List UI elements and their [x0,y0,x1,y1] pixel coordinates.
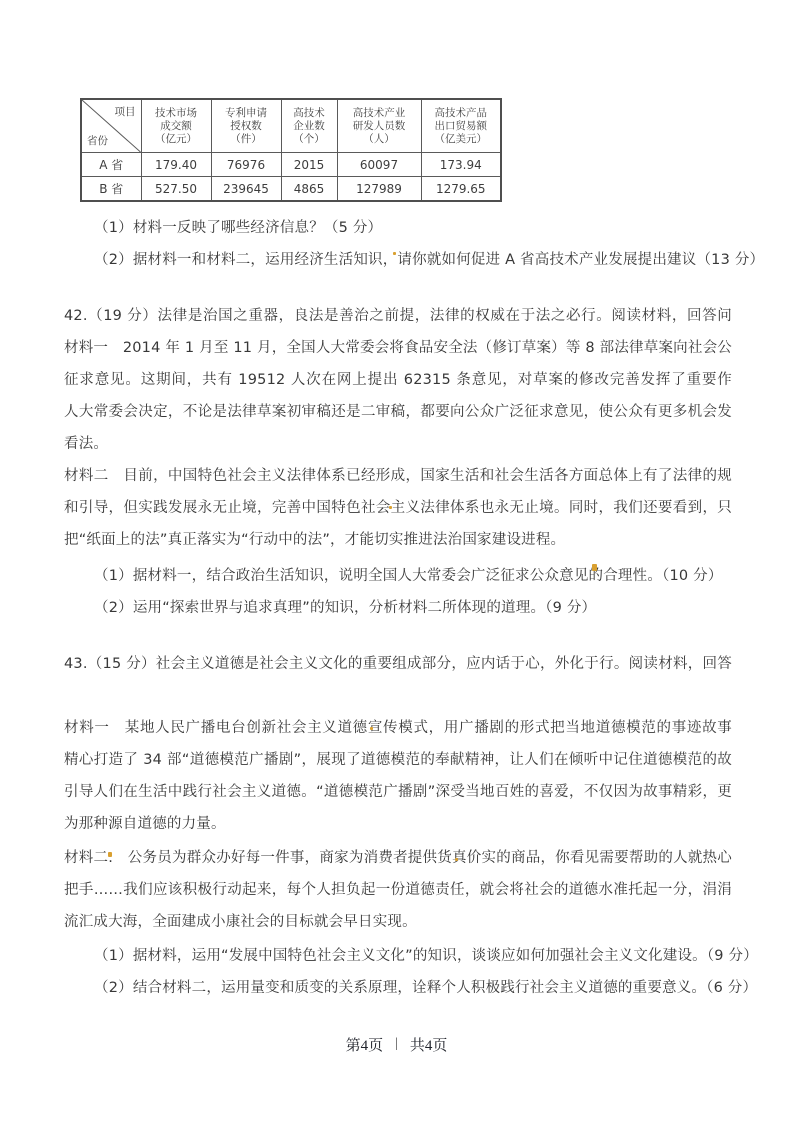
column-header: 高技术 企业数 （个） [281,99,337,153]
q42-intro: 42.（19 分）法律是治国之重器，良法是善治之前提，法律的权威在于法之必行。阅… [64,300,732,332]
question-43: 43.（15 分）社会主义道德是社会主义文化的重要组成部分，应内话于心，外化于行… [64,648,732,1004]
table-cell: 2015 [281,153,337,177]
q41-subquestion-2: （2）据材料一和材料二，运用经济生活知识，请你就如何促进 A 省高技术产业发展提… [64,244,732,276]
q43-m2-line: 流汇成大海，全面建成小康社会的目标就会早日实现。 [64,906,732,938]
table-cell: 127989 [337,177,421,202]
scan-artifact-dot [389,506,392,509]
table-cell: 239645 [211,177,281,202]
table-cell: 4865 [281,177,337,202]
q43-material-1: 材料一 某地人民广播电台创新社会主义道德宣传模式，用广播剧的形式把当地道德模范的… [64,712,732,840]
exam-page: 项目 省份 技术市场 成交额 （亿元） 专利申请 授权数 （件） 高技术 企业数… [0,0,793,1122]
q42-m1-line: 征求意见。这期间，共有 19512 人次在网上提出 62315 条意见，对草案的… [64,364,732,396]
table-cell: 179.40 [141,153,211,177]
q42-material-2: 材料二 目前，中国特色社会主义法律体系已经形成，国家生活和社会生活各方面总体上有… [64,460,732,556]
q42-m2-line: 材料二 目前，中国特色社会主义法律体系已经形成，国家生活和社会生活各方面总体上有… [64,460,732,492]
q42-m1-line: 材料一 2014 年 1 月至 11 月，全国人大常委会将食品安全法（修订草案）… [64,332,732,364]
q43-subquestion-1: （1）据材料，运用“发展中国特色社会主义文化”的知识，谈谈应如何加强社会主义文化… [64,940,732,972]
column-header: 专利申请 授权数 （件） [211,99,281,153]
scan-artifact-dot [455,858,458,861]
footer-separator: | [395,1036,398,1052]
footer-total-pages: 共4页 [410,1034,448,1055]
q42-subquestion-1: （1）据材料一，结合政治生活知识，说明全国人大常委会广泛征求公众意见的合理性。（… [64,560,732,592]
table-cell: 1279.65 [421,177,501,202]
statistics-table: 项目 省份 技术市场 成交额 （亿元） 专利申请 授权数 （件） 高技术 企业数… [80,98,502,202]
q42-m1-line: 看法。 [64,428,732,460]
column-header: 高技术产品 出口贸易额 （亿美元） [421,99,501,153]
table-row: A 省 179.40 76976 2015 60097 173.94 [81,153,501,177]
corner-label-province: 省份 [87,133,108,148]
q43-intro: 43.（15 分）社会主义道德是社会主义文化的重要组成部分，应内话于心，外化于行… [64,648,732,680]
q43-m2-line: 把手……我们应该积极行动起来，每个人担负起一份道德责任，就会将社会的道德水准托起… [64,874,732,906]
page-content: 项目 省份 技术市场 成交额 （亿元） 专利申请 授权数 （件） 高技术 企业数… [64,0,732,1004]
q42-m2-line: 把“纸面上的法”真正落实为“行动中的法”，才能切实推进法治国家建设进程。 [64,524,732,556]
scan-artifact-dot [370,727,373,730]
q43-m2-line: 材料二. 公务员为群众办好每一件事，商家为消费者提供货真价实的商品，你看见需要帮… [64,842,732,874]
q42-material-1: 材料一 2014 年 1 月至 11 月，全国人大常委会将食品安全法（修订草案）… [64,332,732,460]
q42-m2-line: 和引导，但实践发展永无止境，完善中国特色社会主义法律体系也永无止境。同时，我们还… [64,492,732,524]
column-header: 高技术产业 研发人员数 （人） [337,99,421,153]
q42-subquestion-2: （2）运用“探索世界与追求真理”的知识，分析材料二所体现的道理。（9 分） [64,592,732,624]
table-corner-cell: 项目 省份 [81,99,141,153]
footer-page-number: 第4页 [346,1034,384,1055]
q43-m1-line: 为那种源自道德的力量。 [64,808,732,840]
q43-m1-line: 精心打造了 34 部“道德模范广播剧”，展现了道德模范的奉献精神，让人们在倾听中… [64,744,732,776]
q43-m1-line: 材料一 某地人民广播电台创新社会主义道德宣传模式，用广播剧的形式把当地道德模范的… [64,712,732,744]
row-label: A 省 [81,153,141,177]
table-cell: 60097 [337,153,421,177]
q43-subquestion-2: （2）结合材料二，运用量变和质变的关系原理，诠释个人积极践行社会主义道德的重要意… [64,972,732,1004]
scan-artifact-dot [592,564,597,571]
page-footer: 第4页 | 共4页 [0,1028,793,1060]
q43-m1-line: 引导人们在生活中践行社会主义道德。“道德模范广播剧”深受当地百姓的喜爱，不仅因为… [64,776,732,808]
q43-material-2: 材料二. 公务员为群众办好每一件事，商家为消费者提供货真价实的商品，你看见需要帮… [64,842,732,938]
row-label: B 省 [81,177,141,202]
table-row: B 省 527.50 239645 4865 127989 1279.65 [81,177,501,202]
question-42: 42.（19 分）法律是治国之重器，良法是善治之前提，法律的权威在于法之必行。阅… [64,300,732,624]
corner-label-item: 项目 [115,104,136,119]
column-header: 技术市场 成交额 （亿元） [141,99,211,153]
table-cell: 173.94 [421,153,501,177]
q42-m1-line: 人大常委会决定，不论是法律草案初审稿还是二审稿，都要向公众广泛征求意见，使公众有… [64,396,732,428]
table-cell: 76976 [211,153,281,177]
scan-artifact-dot [393,252,396,255]
question-41: （1）材料一反映了哪些经济信息？（5 分） （2）据材料一和材料二，运用经济生活… [64,212,732,276]
table-header-row: 项目 省份 技术市场 成交额 （亿元） 专利申请 授权数 （件） 高技术 企业数… [81,99,501,153]
q41-subquestion-1: （1）材料一反映了哪些经济信息？（5 分） [64,212,732,244]
table-cell: 527.50 [141,177,211,202]
scan-artifact-dot [108,852,112,857]
